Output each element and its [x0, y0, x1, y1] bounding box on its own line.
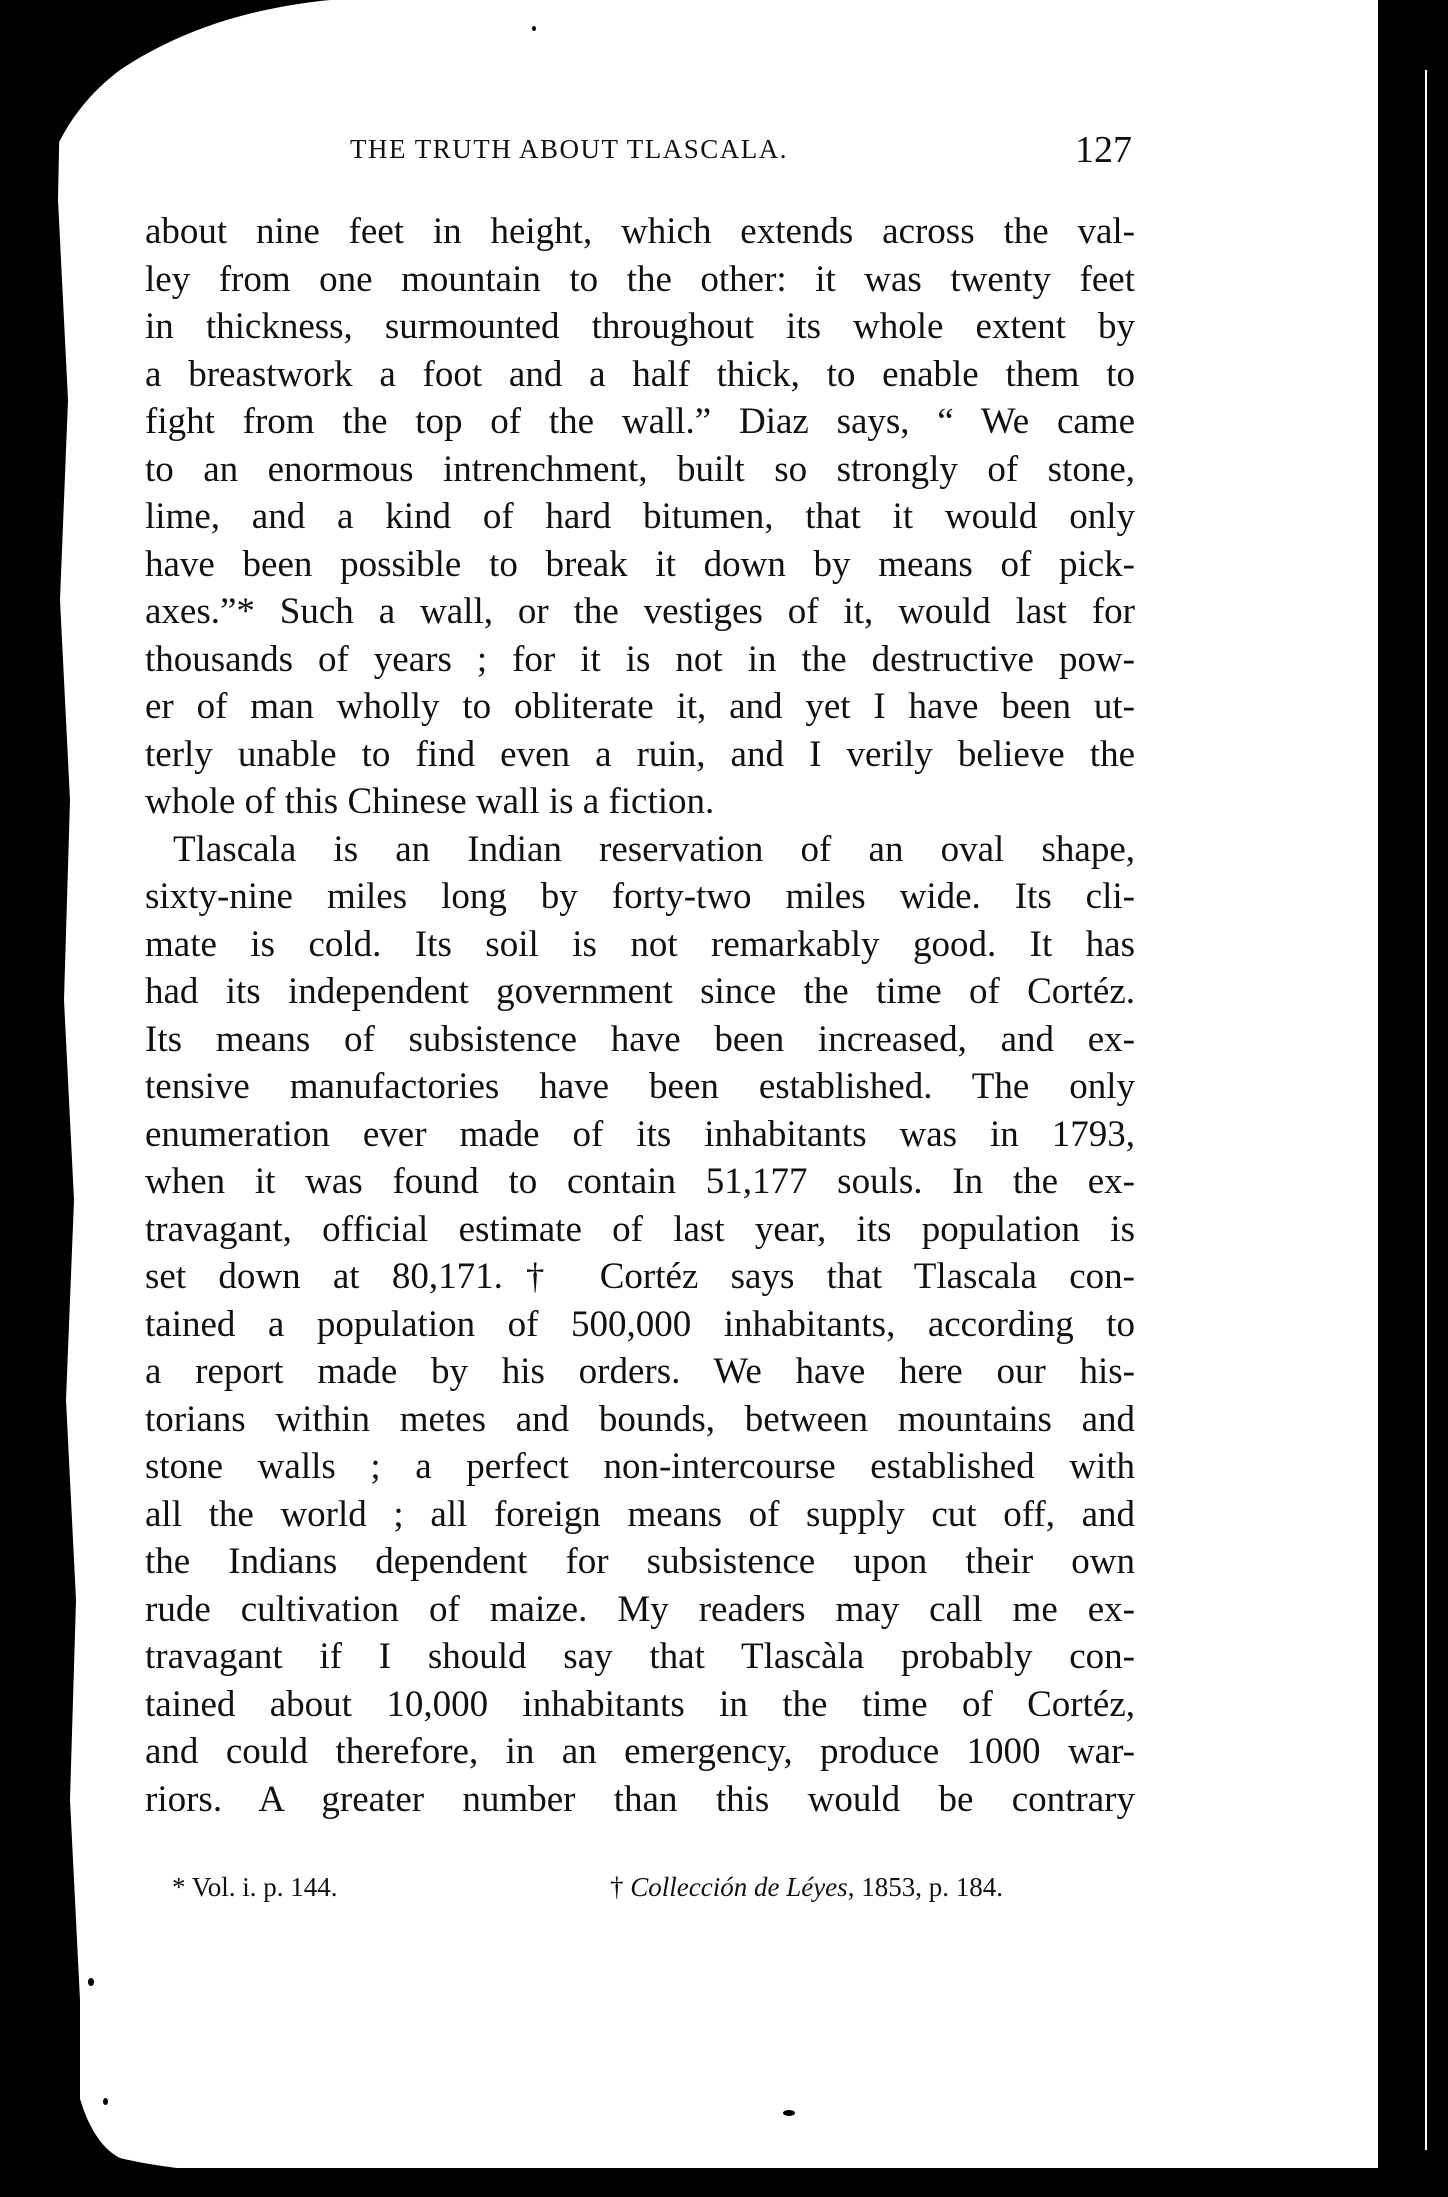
text-line: stone walls ; a perfect non-intercourse …	[145, 1443, 1135, 1491]
text-line: a report made by his orders. We have her…	[145, 1348, 1135, 1396]
text-line: er of man wholly to obliterate it, and y…	[145, 683, 1135, 731]
text-line: all the world ; all foreign means of sup…	[145, 1491, 1135, 1539]
text-line: axes.”* Such a wall, or the vestiges of …	[145, 588, 1135, 636]
text-line: set down at 80,171.† Cortéz says that Tl…	[145, 1253, 1135, 1301]
text-line: travagant if I should say that Tlascàla …	[145, 1633, 1135, 1681]
footnote-dagger: † Collección de Léyes, 1853, p. 184.	[610, 1872, 1003, 1903]
text-line-paragraph-start: Tlascala is an Indian reservation of an …	[145, 826, 1135, 874]
running-head-title: THE TRUTH ABOUT TLASCALA.	[350, 134, 788, 165]
text-line: Its means of subsistence have been incre…	[145, 1016, 1135, 1064]
text-line: riors. A greater number than this would …	[145, 1776, 1135, 1824]
footnote-dagger-title: Collección de Léyes	[630, 1872, 847, 1902]
footnote-asterisk: * Vol. i. p. 144.	[172, 1872, 338, 1903]
text-line: to an enormous intrenchment, built so st…	[145, 446, 1135, 494]
text-line-paragraph-end: whole of this Chinese wall is a fiction.	[145, 778, 1135, 826]
scan-shadow-top-left	[0, 0, 330, 180]
text-line: fight from the top of the wall.” Diaz sa…	[145, 398, 1135, 446]
scan-border-right	[1378, 0, 1448, 2197]
scan-border-left	[0, 0, 40, 2197]
scan-border-bottom	[0, 2168, 1448, 2197]
text-line: have been possible to break it down by m…	[145, 541, 1135, 589]
text-line: terly unable to find even a ruin, and I …	[145, 731, 1135, 779]
ink-speck	[103, 2098, 108, 2105]
ink-speck	[532, 26, 536, 31]
ink-speck	[88, 1978, 94, 1986]
text-line: a breastwork a foot and a half thick, to…	[145, 351, 1135, 399]
text-line: mate is cold. Its soil is not remarkably…	[145, 921, 1135, 969]
text-line: enumeration ever made of its inhabitants…	[145, 1111, 1135, 1159]
text-line: rude cultivation of maize. My readers ma…	[145, 1586, 1135, 1634]
scan-border-right-line	[1425, 70, 1427, 2150]
text-line: when it was found to contain 51,177 soul…	[145, 1158, 1135, 1206]
footnote-dagger-citation: , 1853, p. 184.	[848, 1872, 1003, 1902]
text-line: lime, and a kind of hard bitumen, that i…	[145, 493, 1135, 541]
text-line: tensive manufactories have been establis…	[145, 1063, 1135, 1111]
page-number: 127	[1075, 128, 1132, 172]
text-line: travagant, official estimate of last yea…	[145, 1206, 1135, 1254]
text-line: had its independent government since the…	[145, 968, 1135, 1016]
book-page: THE TRUTH ABOUT TLASCALA. 127 about nine…	[0, 0, 1448, 2197]
scan-shadow-bottom-left	[0, 2050, 260, 2180]
text-line: torians within metes and bounds, between…	[145, 1396, 1135, 1444]
text-line: the Indians dependent for subsistence up…	[145, 1538, 1135, 1586]
running-head: THE TRUTH ABOUT TLASCALA. 127	[350, 128, 1140, 172]
text-line: tained a population of 500,000 inhabitan…	[145, 1301, 1135, 1349]
text-line: about nine feet in height, which extends…	[145, 208, 1135, 256]
footnote-dagger-mark: †	[610, 1872, 630, 1902]
text-line: ley from one mountain to the other: it w…	[145, 256, 1135, 304]
body-text: about nine feet in height, which extends…	[145, 208, 1135, 1823]
text-line: thousands of years ; for it is not in th…	[145, 636, 1135, 684]
text-line: sixty-nine miles long by forty-two miles…	[145, 873, 1135, 921]
text-line: and could therefore, in an emergency, pr…	[145, 1728, 1135, 1776]
ink-speck	[783, 2110, 795, 2116]
text-line: in thickness, surmounted throughout its …	[145, 303, 1135, 351]
footnotes: * Vol. i. p. 144. † Collección de Léyes,…	[172, 1872, 1132, 1912]
text-line: tained about 10,000 inhabitants in the t…	[145, 1681, 1135, 1729]
scan-border-left-edge	[40, 0, 80, 2197]
